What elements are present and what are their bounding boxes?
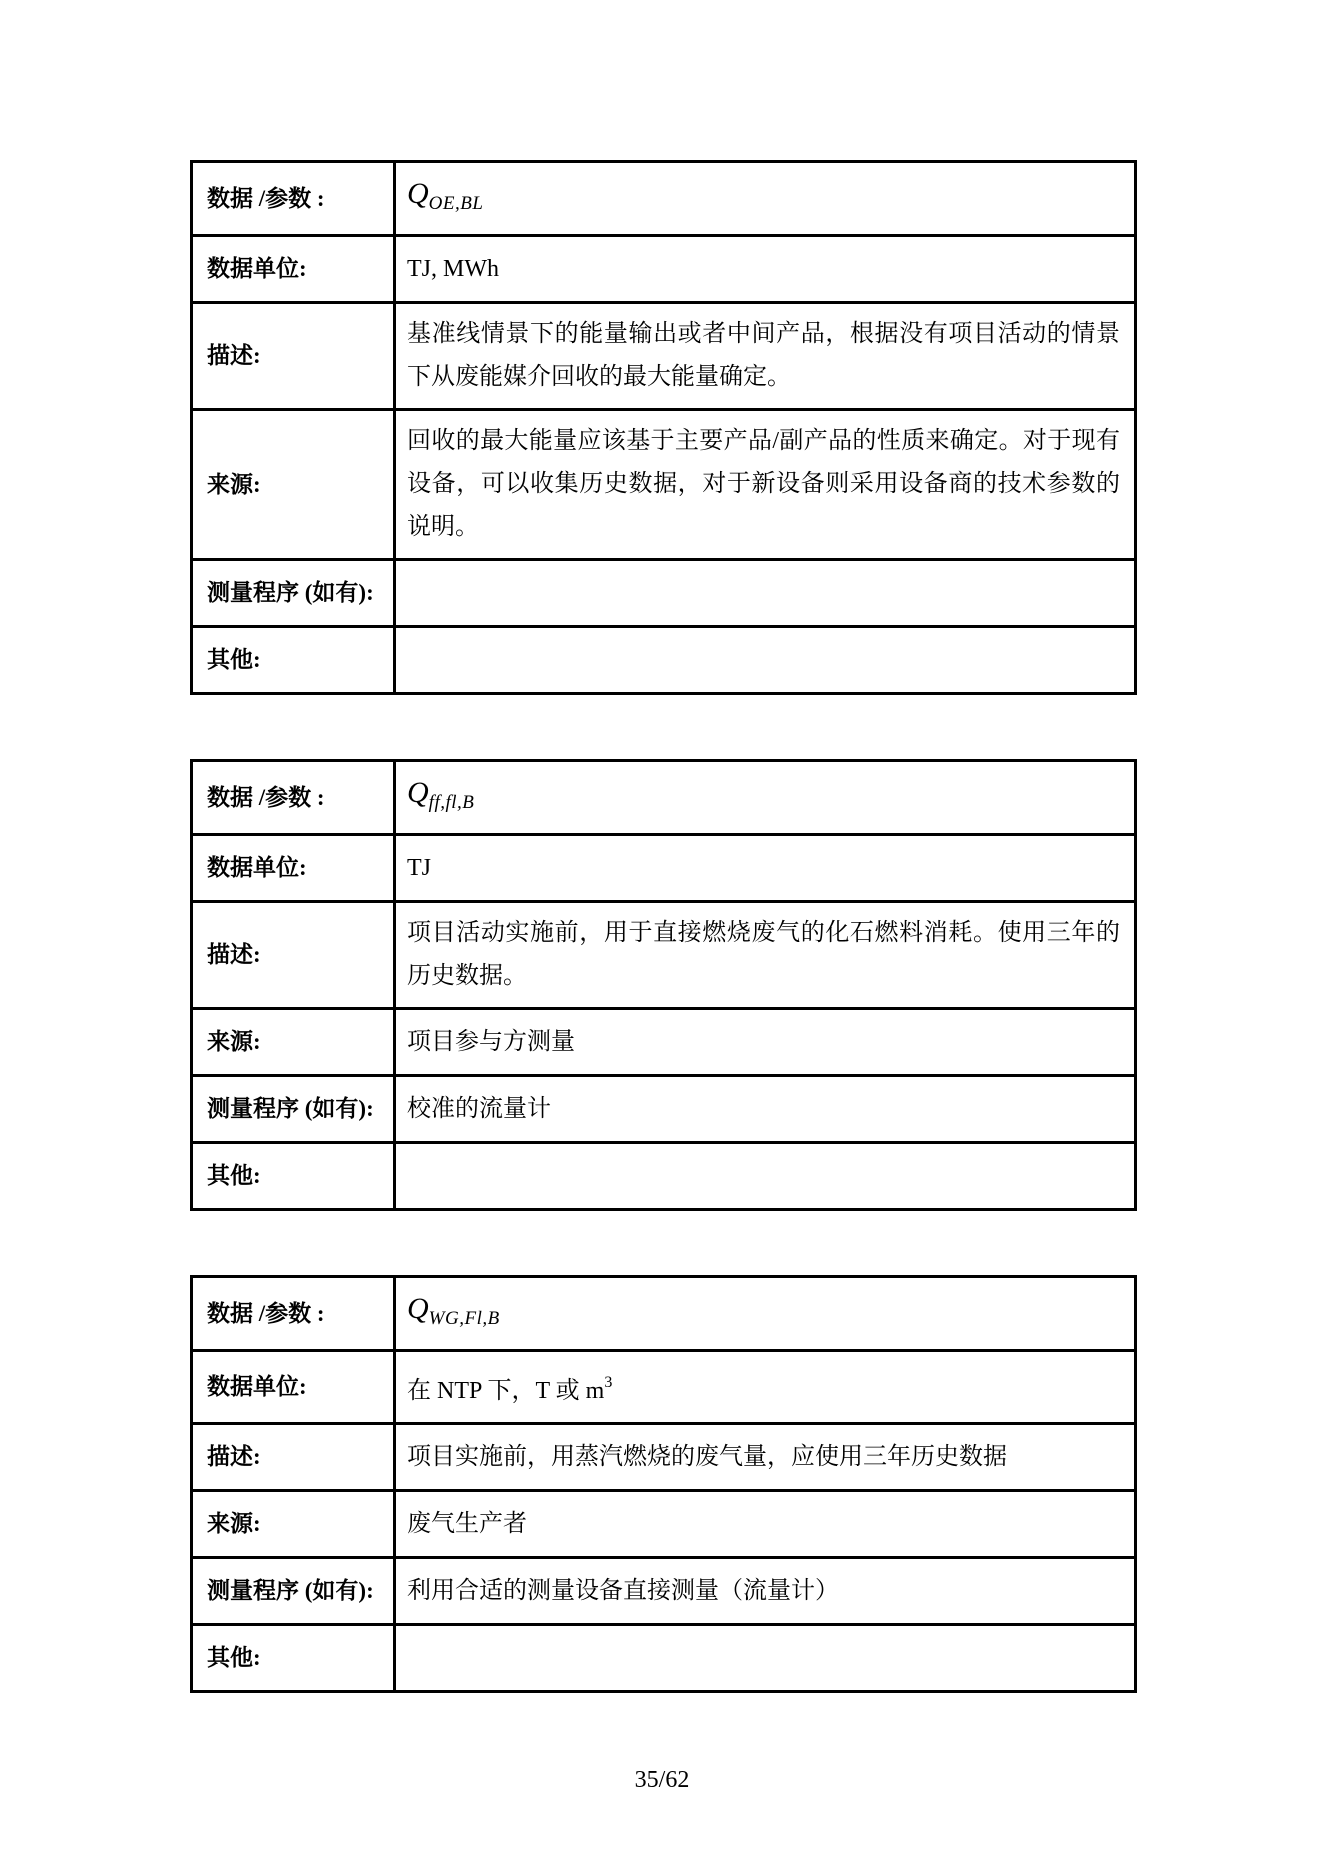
parameter-subscript: WG,Fl,B <box>429 1308 500 1329</box>
value-text: 在 NTP 下，T 或 m <box>407 1378 604 1404</box>
table-row: 描述: 项目活动实施前，用于直接燃烧废气的化石燃料消耗。使用三年的历史数据。 <box>192 902 1136 1009</box>
row-label: 测量程序 (如有): <box>192 1558 395 1625</box>
table-row: 数据 /参数 : QOE,BL <box>192 162 1136 236</box>
value-text: 项目活动实施前，用于直接燃烧废气的化石燃料消耗。使用三年的历史数据。 <box>407 920 1120 989</box>
row-label: 数据 /参数 : <box>192 761 395 835</box>
table-row: 其他: <box>192 1143 1136 1210</box>
table-row: 数据 /参数 : QWG,Fl,B <box>192 1277 1136 1351</box>
row-label: 测量程序 (如有): <box>192 560 395 627</box>
table-row: 数据单位: 在 NTP 下，T 或 m3 <box>192 1351 1136 1424</box>
table-row: 来源: 项目参与方测量 <box>192 1009 1136 1076</box>
table-row: 其他: <box>192 627 1136 694</box>
value-text: 项目参与方测量 <box>407 1029 575 1055</box>
row-label: 描述: <box>192 1424 395 1491</box>
row-label: 来源: <box>192 1491 395 1558</box>
parameter-table-body: 数据 /参数 : QWG,Fl,B 数据单位: 在 NTP 下，T 或 m3 描… <box>192 1277 1136 1692</box>
parameter-symbol: Q <box>407 1292 429 1325</box>
row-label: 数据 /参数 : <box>192 1277 395 1351</box>
table-row: 其他: <box>192 1625 1136 1692</box>
row-value <box>395 627 1136 694</box>
parameter-table: 数据 /参数 : QOE,BL 数据单位: TJ, MWh 描述: 基准线情景下… <box>190 160 1137 695</box>
row-value <box>395 560 1136 627</box>
row-label: 其他: <box>192 1625 395 1692</box>
document-page: { "footer": { "page_indicator": "35/62" … <box>0 0 1323 1871</box>
parameter-subscript: ff,fl,B <box>429 792 475 813</box>
table-row: 测量程序 (如有): 利用合适的测量设备直接测量（流量计） <box>192 1558 1136 1625</box>
unit-superscript: 3 <box>604 1374 612 1391</box>
table-row: 来源: 回收的最大能量应该基于主要产品/副产品的性质来确定。对于现有设备，可以收… <box>192 410 1136 560</box>
row-label: 数据 /参数 : <box>192 162 395 236</box>
value-text: 废气生产者 <box>407 1511 527 1537</box>
page-number: 35/62 <box>190 1766 1134 1794</box>
row-value <box>395 1143 1136 1210</box>
row-value: QWG,Fl,B <box>395 1277 1136 1351</box>
row-value: 在 NTP 下，T 或 m3 <box>395 1351 1136 1424</box>
table-row: 描述: 项目实施前，用蒸汽燃烧的废气量，应使用三年历史数据 <box>192 1424 1136 1491</box>
row-value <box>395 1625 1136 1692</box>
row-label: 数据单位: <box>192 1351 395 1424</box>
table-row: 测量程序 (如有): 校准的流量计 <box>192 1076 1136 1143</box>
row-label: 其他: <box>192 1143 395 1210</box>
row-label: 描述: <box>192 303 395 410</box>
table-row: 来源: 废气生产者 <box>192 1491 1136 1558</box>
row-value: 利用合适的测量设备直接测量（流量计） <box>395 1558 1136 1625</box>
parameter-table-body: 数据 /参数 : Qff,fl,B 数据单位: TJ 描述: 项目活动实施前，用… <box>192 761 1136 1210</box>
row-value: TJ, MWh <box>395 236 1136 303</box>
row-label: 来源: <box>192 410 395 560</box>
table-row: 描述: 基准线情景下的能量输出或者中间产品，根据没有项目活动的情景下从废能媒介回… <box>192 303 1136 410</box>
row-label: 数据单位: <box>192 236 395 303</box>
row-label: 描述: <box>192 902 395 1009</box>
table-row: 数据 /参数 : Qff,fl,B <box>192 761 1136 835</box>
value-text: TJ <box>407 855 431 881</box>
value-text: 项目实施前，用蒸汽燃烧的废气量，应使用三年历史数据 <box>407 1444 1007 1470</box>
value-text: 利用合适的测量设备直接测量（流量计） <box>407 1578 839 1604</box>
value-text: 校准的流量计 <box>407 1096 551 1122</box>
row-value: 基准线情景下的能量输出或者中间产品，根据没有项目活动的情景下从废能媒介回收的最大… <box>395 303 1136 410</box>
parameter-symbol: Q <box>407 776 429 809</box>
value-text: 基准线情景下的能量输出或者中间产品，根据没有项目活动的情景下从废能媒介回收的最大… <box>407 321 1120 390</box>
row-value: 项目活动实施前，用于直接燃烧废气的化石燃料消耗。使用三年的历史数据。 <box>395 902 1136 1009</box>
row-label: 数据单位: <box>192 835 395 902</box>
table-row: 测量程序 (如有): <box>192 560 1136 627</box>
parameter-symbol: Q <box>407 177 429 210</box>
tables-container: 数据 /参数 : QOE,BL 数据单位: TJ, MWh 描述: 基准线情景下… <box>190 160 1134 1757</box>
row-value: TJ <box>395 835 1136 902</box>
row-label: 其他: <box>192 627 395 694</box>
row-value: 回收的最大能量应该基于主要产品/副产品的性质来确定。对于现有设备，可以收集历史数… <box>395 410 1136 560</box>
row-value: 项目实施前，用蒸汽燃烧的废气量，应使用三年历史数据 <box>395 1424 1136 1491</box>
parameter-table: 数据 /参数 : Qff,fl,B 数据单位: TJ 描述: 项目活动实施前，用… <box>190 759 1137 1211</box>
row-label: 测量程序 (如有): <box>192 1076 395 1143</box>
parameter-table-body: 数据 /参数 : QOE,BL 数据单位: TJ, MWh 描述: 基准线情景下… <box>192 162 1136 694</box>
table-row: 数据单位: TJ, MWh <box>192 236 1136 303</box>
row-value: 项目参与方测量 <box>395 1009 1136 1076</box>
value-text: 回收的最大能量应该基于主要产品/副产品的性质来确定。对于现有设备，可以收集历史数… <box>407 428 1120 540</box>
row-value: 废气生产者 <box>395 1491 1136 1558</box>
parameter-table: 数据 /参数 : QWG,Fl,B 数据单位: 在 NTP 下，T 或 m3 描… <box>190 1275 1137 1693</box>
table-row: 数据单位: TJ <box>192 835 1136 902</box>
row-value: QOE,BL <box>395 162 1136 236</box>
parameter-subscript: OE,BL <box>429 193 484 214</box>
row-value: 校准的流量计 <box>395 1076 1136 1143</box>
row-label: 来源: <box>192 1009 395 1076</box>
value-text: TJ, MWh <box>407 256 499 282</box>
row-value: Qff,fl,B <box>395 761 1136 835</box>
